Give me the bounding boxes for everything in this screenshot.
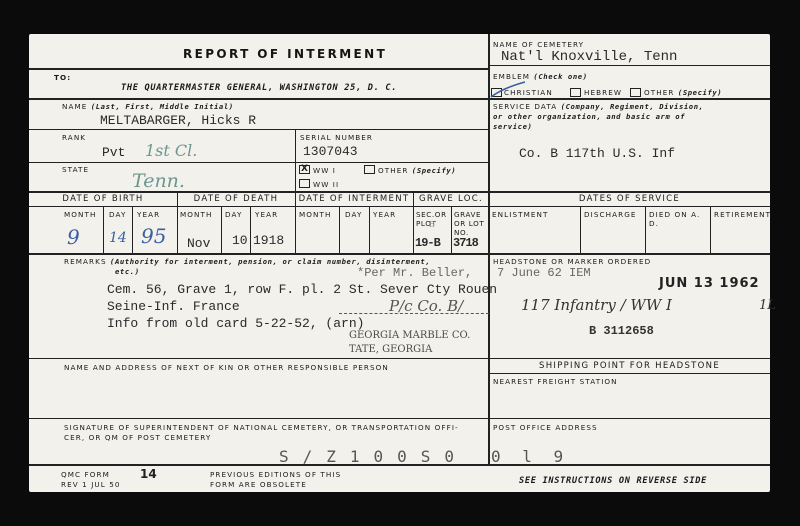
state-label: STATE — [62, 165, 89, 174]
grave-lot-value: 3718 — [453, 236, 478, 250]
stamp-line-2: TATE, GEORGIA — [349, 344, 432, 355]
died-label-1: DIED ON A. — [649, 210, 700, 219]
birth-day-label: DAY — [109, 210, 126, 219]
death-day-label: DAY — [225, 210, 242, 219]
headstone-mark: 1L — [759, 298, 776, 313]
service-data-hint: (Company, Regiment, Division, — [561, 102, 704, 111]
freight-label: NEAREST FREIGHT STATION — [493, 377, 618, 386]
divider — [29, 418, 770, 419]
emblem-hebrew-label: HEBREW — [584, 88, 622, 97]
to-value: THE QUARTERMASTER GENERAL, WASHINGTON 25… — [121, 83, 397, 93]
post-office-label: POST OFFICE ADDRESS — [493, 423, 598, 432]
remarks-line-3: Info from old card 5-22-52, (arn) — [107, 316, 364, 331]
inverted-number-right: 0 l 9 — [491, 447, 569, 466]
state-value: Tenn. — [132, 170, 185, 192]
name-hint: (Last, First, Middle Initial) — [91, 102, 234, 111]
remarks-hint: (Authority for interment, pension, or cl… — [110, 257, 430, 266]
divider — [339, 206, 340, 253]
enlistment-label: ENLISTMENT — [492, 210, 549, 219]
interment-month-label: MONTH — [299, 210, 332, 219]
death-day-value: 10 — [232, 233, 248, 248]
birth-year-label: YEAR — [137, 210, 160, 219]
cemetery-label: NAME OF CEMETERY — [493, 40, 584, 49]
remarks-line-2: Seine-Inf. France — [107, 299, 240, 314]
headstone-label: HEADSTONE OR MARKER ORDERED — [493, 257, 651, 266]
inverted-number-left: S/Z100S0 — [279, 447, 468, 466]
shipping-header: SHIPPING POINT FOR HEADSTONE — [489, 361, 770, 371]
divider — [369, 206, 370, 253]
death-month-value: Nov — [187, 236, 210, 251]
service-data-label: SERVICE DATA (Company, Regiment, Divisio… — [493, 102, 704, 111]
divider — [103, 206, 104, 253]
divider — [710, 206, 711, 253]
birth-month-label: MONTH — [64, 210, 97, 219]
interment-day-label: DAY — [345, 210, 362, 219]
divider — [489, 373, 770, 374]
ww1-label: WW I — [313, 166, 336, 175]
interment-header: DATE OF INTERMENT — [295, 194, 413, 204]
death-year-value: 1918 — [253, 233, 284, 248]
grave-lot-label-1: GRAVE — [454, 210, 481, 219]
ww2-label: WW II — [313, 180, 339, 189]
divider — [580, 206, 581, 253]
remarks-label: REMARKS (Authority for interment, pensio… — [64, 257, 430, 266]
name-label: NAME (Last, First, Middle Initial) — [62, 102, 234, 111]
interment-year-label: YEAR — [373, 210, 396, 219]
service-data-hint-3: service) — [493, 122, 532, 131]
footer-obsolete-1: PREVIOUS EDITIONS OF THIS — [210, 470, 341, 479]
divider — [29, 162, 489, 163]
divider — [451, 206, 452, 253]
footer-form-number: 14 — [140, 467, 157, 481]
service-data-hint-2: or other organization, and basic arm of — [493, 112, 685, 121]
emblem-christian-label: CHRISTIAN — [504, 88, 553, 97]
footer-form-2: REV 1 JUL 50 — [61, 480, 121, 489]
remarks-hint-line: etc.) — [115, 267, 140, 276]
headstone-number: B 3112658 — [589, 324, 654, 338]
divider — [29, 206, 770, 207]
died-label-2: D. — [649, 219, 659, 228]
discharge-label: DISCHARGE — [584, 210, 637, 219]
service-data-label-text: SERVICE DATA — [493, 102, 557, 111]
remarks-label-text: REMARKS — [64, 257, 107, 266]
birth-header: DATE OF BIRTH — [29, 194, 177, 204]
name-label-text: NAME — [62, 102, 87, 111]
headstone-handwritten: 117 Infantry / WW I — [521, 296, 672, 314]
remarks-line-1: Cem. 56, Grave 1, row F. pl. 2 St. Sever… — [107, 282, 497, 297]
service-data-value: Co. B 117th U.S. Inf — [519, 146, 675, 161]
ww2-checkbox[interactable] — [299, 179, 310, 188]
grave-sec-value: 19-B — [415, 236, 440, 250]
war-specify: (Specify) — [412, 166, 456, 175]
death-year-label: YEAR — [255, 210, 278, 219]
divider — [221, 206, 222, 253]
signature-label-2: CER, OR QM OF POST CEMETERY — [64, 433, 211, 442]
remarks-note: *Per Mr. Beller, — [357, 266, 472, 280]
birth-month-value: 9 — [67, 225, 80, 249]
name-value: MELTABARGER, Hicks R — [100, 113, 256, 128]
grave-header: GRAVE LOC. — [413, 194, 489, 204]
war-other-checkbox[interactable] — [364, 165, 375, 174]
war-other-label: OTHER (Specify) — [378, 166, 456, 175]
divider — [29, 129, 489, 130]
stamp-line-1: GEORGIA MARBLE CO. — [349, 330, 470, 341]
rank-typed: Pvt — [102, 145, 125, 160]
grave-sec-struck: B — [429, 220, 435, 229]
divider — [29, 68, 489, 70]
emblem-specify: (Specify) — [678, 88, 722, 97]
divider — [489, 65, 770, 66]
rank-handwritten: 1st Cl. — [145, 141, 197, 160]
footer-instructions: SEE INSTRUCTIONS ON REVERSE SIDE — [519, 476, 707, 486]
dashed-line — [339, 313, 489, 314]
birth-day-value: 14 — [109, 230, 127, 246]
emblem-hebrew-checkbox[interactable] — [570, 88, 581, 97]
emblem-other-text: OTHER — [644, 88, 675, 97]
war-other-text: OTHER — [378, 166, 409, 175]
ww1-checkbox[interactable] — [299, 165, 310, 174]
divider — [29, 358, 770, 359]
footer-obsolete-2: FORM ARE OBSOLETE — [210, 480, 307, 489]
signature-label-1: SIGNATURE OF SUPERINTENDENT OF NATIONAL … — [64, 423, 459, 432]
headstone-date-stamp: JUN 13 1962 — [659, 276, 760, 291]
rank-label: RANK — [62, 133, 86, 142]
retirement-label: RETIREMENT — [714, 210, 771, 219]
divider — [489, 98, 770, 99]
headstone-note: 7 June 62 IEM — [497, 266, 591, 280]
emblem-other-label: OTHER (Specify) — [644, 88, 722, 97]
service-data-hint-line: or other organization, and basic arm of — [493, 112, 685, 121]
interment-report-card: REPORT OF INTERMENT TO: THE QUARTERMASTE… — [29, 34, 770, 492]
grave-lot-label-2: OR LOT — [454, 219, 484, 228]
birth-year-value: 95 — [141, 224, 166, 248]
divider — [645, 206, 646, 253]
serial-label: SERIAL NUMBER — [300, 133, 373, 142]
service-data-hint-line: service) — [493, 122, 532, 131]
form-title: REPORT OF INTERMENT — [183, 47, 387, 61]
divider — [29, 253, 770, 255]
divider — [132, 206, 133, 253]
divider — [250, 206, 251, 253]
next-of-kin-label: NAME AND ADDRESS OF NEXT OF KIN OR OTHER… — [64, 363, 389, 372]
to-label: TO: — [54, 73, 71, 82]
remarks-hint-2: etc.) — [115, 267, 140, 276]
death-month-label: MONTH — [180, 210, 213, 219]
cemetery-value: Nat'l Knoxville, Tenn — [501, 49, 677, 65]
death-header: DATE OF DEATH — [177, 194, 295, 204]
serial-value: 1307043 — [303, 144, 358, 159]
service-dates-header: DATES OF SERVICE — [489, 194, 770, 204]
grave-sec-label-1: SEC.OR — [416, 210, 447, 219]
emblem-hint: (Check one) — [533, 72, 587, 81]
footer-form-1: QMC FORM — [61, 470, 110, 479]
emblem-other-checkbox[interactable] — [630, 88, 641, 97]
divider — [295, 129, 296, 191]
